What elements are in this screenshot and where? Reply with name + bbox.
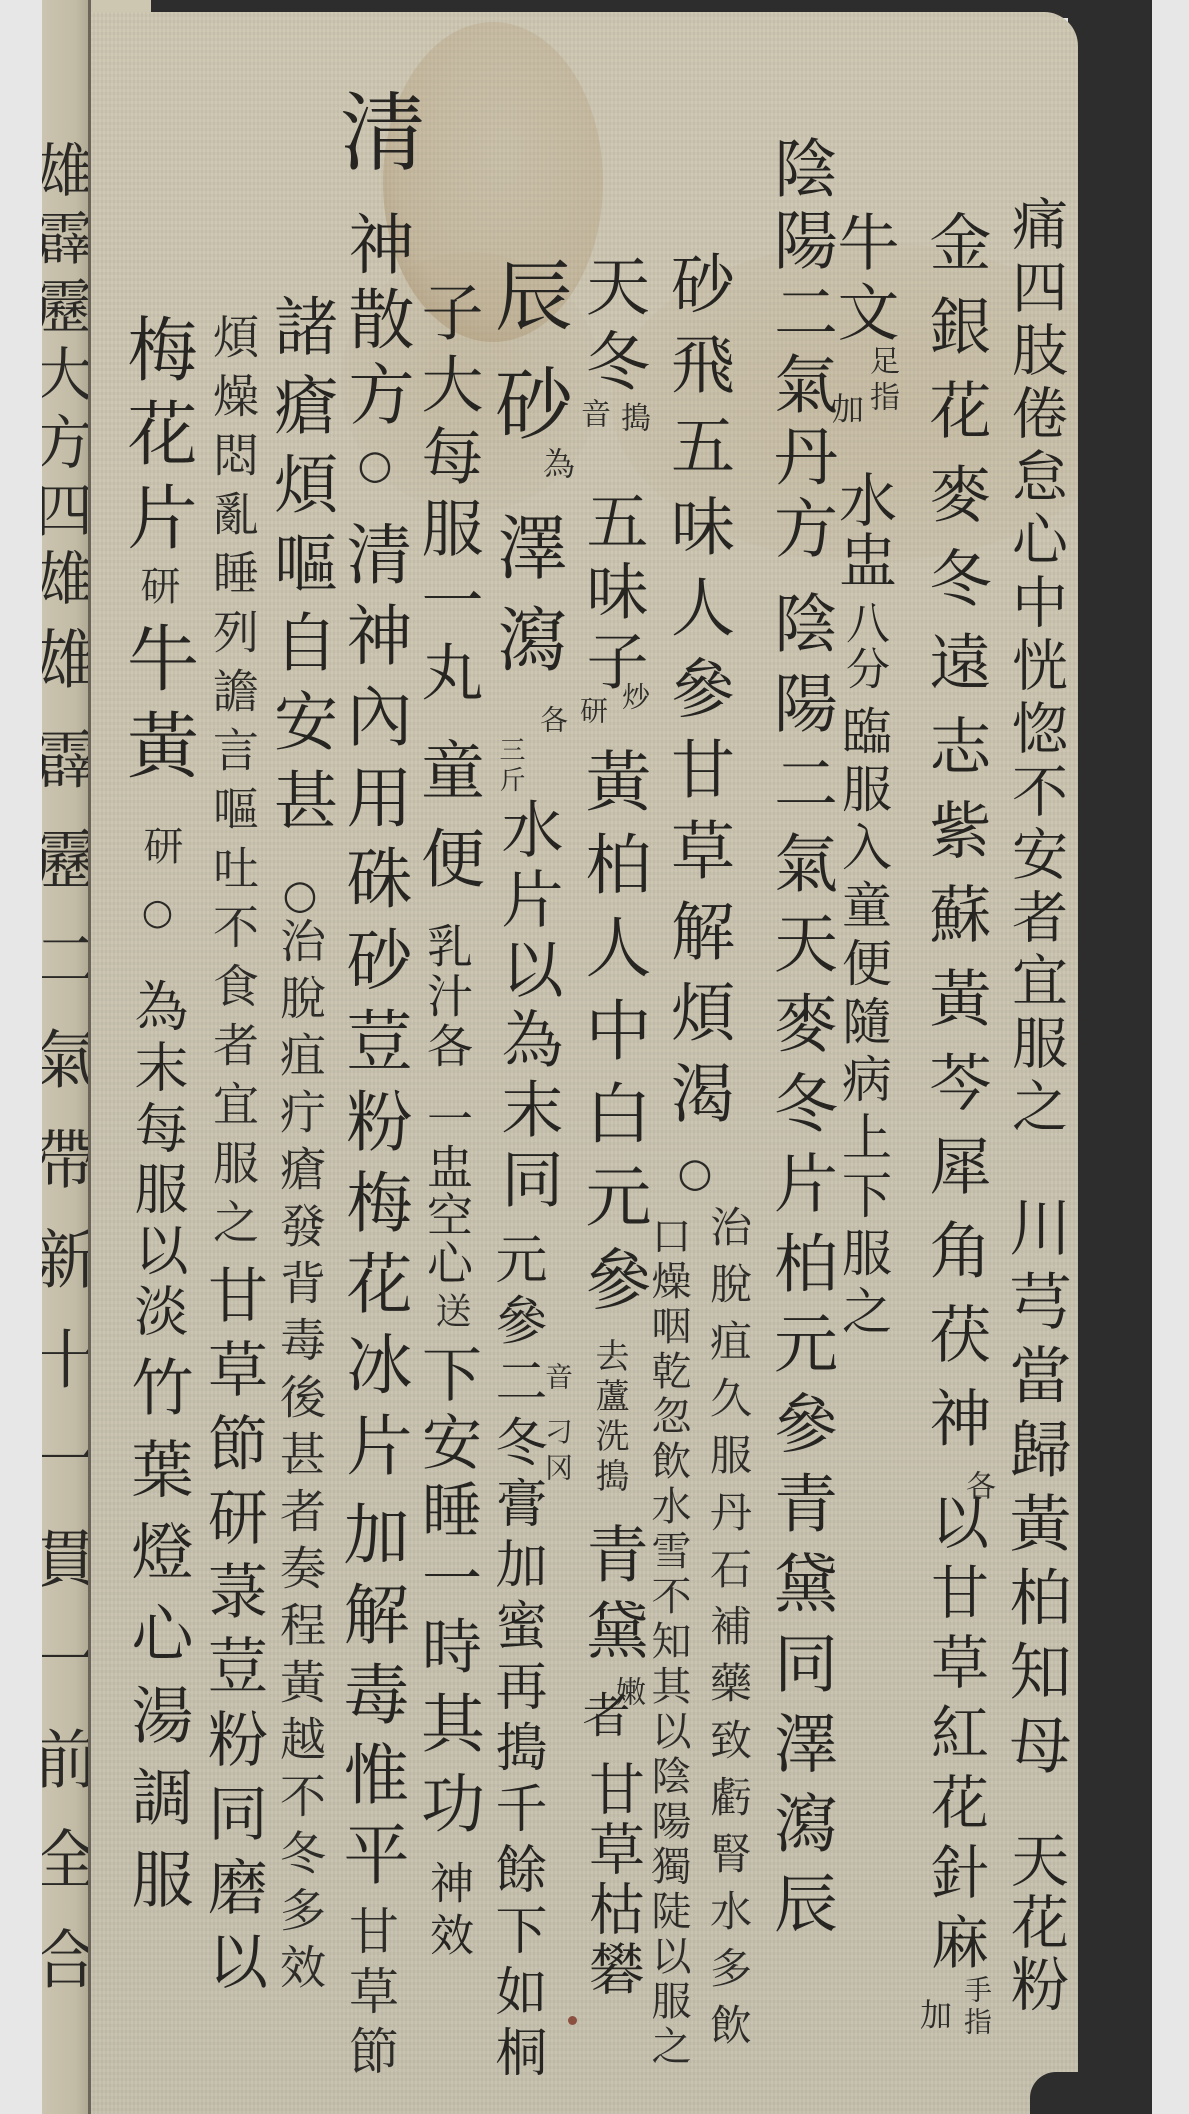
col12-circle-mark: ○ [139,892,175,933]
col8-annotation-1: 送 [432,1292,468,1328]
left-page-text-1: 雄霹靂大方四雄 [42,140,88,616]
col8-text-7: 神效 [425,1860,469,1964]
col6-text-2: 五味子 [581,489,643,699]
red-ink-dot [568,2016,577,2025]
col12-text-1: 梅花片 [122,313,192,565]
col5-circle-mark: ○ [675,1150,715,1196]
col11-text-1: 煩燥悶亂睡列譫言嘔吐不食者宜服之 [210,313,256,1257]
col9-circle-mark: ○ [355,442,395,488]
col7-annotation-2: 各 [538,705,566,733]
col8-text-2: 童便 [415,737,479,913]
col2-text-2: 以甘草紅花針麻 [926,1492,984,1982]
manuscript-scan: 雄霹靂大方四雄 雄霹靂二氣帶新十一貫一前全合 痛四肢倦怠心中恍惚不安者宜服之 川… [0,0,1189,2114]
col3-text-1: 牛文 [832,210,894,350]
col9-text-1: 清神內用硃砂荳粉梅花冰片 [340,520,406,1492]
col6-annotation-5: 去蘆洗搗 [592,1338,626,1498]
col7-text-4: 元參二冬膏加蜜再搗千餘下如桐 [490,1232,542,2086]
col12-annotation-1: 研 [137,565,177,605]
col6-text-1: 天冬 [580,253,644,403]
col9-text-2: 加解毒惟平 [337,1500,403,1900]
left-page-text-2: 雄霹靂二氣帶新十一貫一前全合 [42,626,90,2026]
col8-text-5: 下安睡一時 [417,1343,477,1683]
recipe-title-qingshen-san-1: 清 [332,87,418,173]
col8-text-4: 一盅空心 [424,1095,470,1287]
col8-text-6: 其功 [415,1690,479,1850]
col12-text-3: 為末每服以淡 [130,978,184,1344]
col12-text-2: 牛黃 [121,621,193,795]
col2-annotation-3: 加 [918,1998,950,2030]
col5-annotation-left: 口燥咽乾忽飲水雪不知其以陰陽獨陡以服之 [648,1215,688,2070]
book-cover-edge-right [1068,0,1152,2114]
col7-annotation-4: 音 [543,1362,571,1390]
col6-text-3: 黃柏人中白元參 [579,747,645,1328]
book-cover-corner-bottom [1030,2072,1090,2114]
col6-annotation-3: 炒 [620,682,648,710]
col5-text-1: 砂飛五味人參甘草解煩渴 [665,250,729,1141]
col6-text-5: 者 [578,1690,626,1738]
col7-annotation-1: 為 [541,447,573,479]
col6-text-4: 青黛 [581,1522,643,1674]
col3-annotation-1: 足指 [866,345,896,417]
col7-text-3: 水片以為末同 [496,797,558,1217]
col10-circle-mark: ○ [280,872,320,918]
col2-text-1: 金銀花麥冬遠志紫蘇黃芩犀角茯神 [924,210,986,1470]
col2-annotation-2: 手指 [962,1975,990,2039]
col6-annotation-2: 搗 [617,402,647,432]
col3-text-3: 八分 [841,600,885,692]
col4-text-1: 陰陽二氣天麥冬片柏元參青黛同澤瀉辰 [768,590,832,1950]
col8-text-1: 子大每服一丸 [416,280,478,712]
facing-left-page: 雄霹靂大方四雄 雄霹靂二氣帶新十一貫一前全合 [42,0,90,2114]
col12-annotation-2: 研 [140,825,180,865]
col6-annotation-1: 音 [577,398,607,428]
col9-annotation-1: 甘草節 [345,1905,395,2085]
col11-text-2: 甘草節研菉荳粉同磨以 [203,1264,263,2004]
col10-annotation-1: 治脫疽疔瘡發背毒後甚者奏程黃越不冬多效 [277,917,323,2000]
col12-text-4: 竹葉燈心湯調服 [126,1355,188,1929]
col7-text-2: 澤瀉 [492,511,562,695]
col3-text-2: 水盅 [834,470,892,590]
col3-text-4: 臨服入童便隨病上下服之 [838,705,888,1343]
col7-annotation-5: 刁冈 [543,1417,571,1489]
col5-annotation-right: 治脫疽久服丹石補藥致虧腎水多飲 [707,1205,749,2060]
col8-text-3: 乳汁各 [424,922,470,1072]
col7-text-1: 辰砂 [488,255,566,471]
col1-text-1: 痛四肢倦怠心中恍惚不安者宜服之 [1007,195,1063,1140]
col6-annotation-4: 研 [578,696,606,724]
col10-text-1: 諸瘡煩嘔自安甚 [268,293,332,846]
col7-annotation-3: 三斤 [497,736,523,796]
recipe-title-qingshen-san-2: 神散方 [342,210,408,435]
col6-text-6: 甘草枯礬 [584,1760,640,2000]
col1-text-3: 天花粉 [1006,1830,1064,2016]
col1-text-2: 川芎當歸黃柏知母 [1004,1195,1066,1787]
recipe-title-yinyang-erqi-dan: 陰陽二氣丹方 [768,135,832,567]
